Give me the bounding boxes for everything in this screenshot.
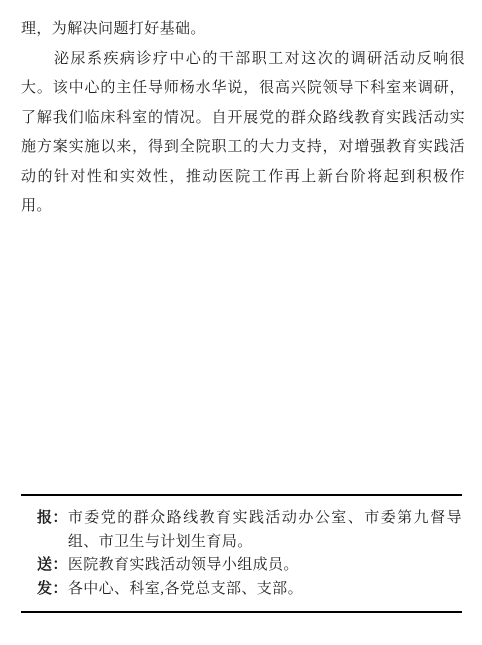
distribution-entry-bao: 报： 市委党的群众路线教育实践活动办公室、市委第九督导 组、市卫生与计划生育局。 <box>37 507 462 554</box>
body-line: 施方案实施以来，得到全院职工的大力支持，对增强教育实践活 <box>21 133 465 163</box>
distribution-label: 报： <box>37 507 68 531</box>
distribution-label: 送： <box>37 554 68 578</box>
body-line: 用。 <box>21 192 465 222</box>
document-page: 理，为解决问题打好基础。 泌尿系疾病诊疗中心的干部职工对这次的调研活动反响很 大… <box>0 0 482 645</box>
distribution-line: 组、市卫生与计划生育局。 <box>68 531 462 555</box>
distribution-entry-fa: 发： 各中心、科室,各党总支部、支部。 <box>37 578 462 602</box>
body-line: 动的针对性和实效性，推动医院工作再上新台阶将起到积极作 <box>21 163 465 193</box>
distribution-line: 市委党的群众路线教育实践活动办公室、市委第九督导 <box>68 507 462 531</box>
distribution-line: 医院教育实践活动领导小组成员。 <box>68 554 462 578</box>
distribution-entry-text: 医院教育实践活动领导小组成员。 <box>68 554 462 578</box>
distribution-entry-text: 各中心、科室,各党总支部、支部。 <box>68 578 462 602</box>
distribution-line: 各中心、科室,各党总支部、支部。 <box>68 578 462 602</box>
body-text: 理，为解决问题打好基础。 泌尿系疾病诊疗中心的干部职工对这次的调研活动反响很 大… <box>21 15 465 222</box>
bottom-rule <box>21 611 462 613</box>
distribution-entries: 报： 市委党的群众路线教育实践活动办公室、市委第九督导 组、市卫生与计划生育局。… <box>21 496 462 611</box>
body-line: 了解我们临床科室的情况。自开展党的群众路线教育实践活动实 <box>21 104 465 134</box>
body-line: 理，为解决问题打好基础。 <box>21 15 465 45</box>
distribution-block: 报： 市委党的群众路线教育实践活动办公室、市委第九督导 组、市卫生与计划生育局。… <box>21 494 462 613</box>
distribution-entry-text: 市委党的群众路线教育实践活动办公室、市委第九督导 组、市卫生与计划生育局。 <box>68 507 462 554</box>
body-line: 大。该中心的主任导师杨水华说，很高兴院领导下科室来调研， <box>21 74 465 104</box>
body-line: 泌尿系疾病诊疗中心的干部职工对这次的调研活动反响很 <box>21 45 465 75</box>
distribution-entry-song: 送： 医院教育实践活动领导小组成员。 <box>37 554 462 578</box>
distribution-label: 发： <box>37 578 68 602</box>
